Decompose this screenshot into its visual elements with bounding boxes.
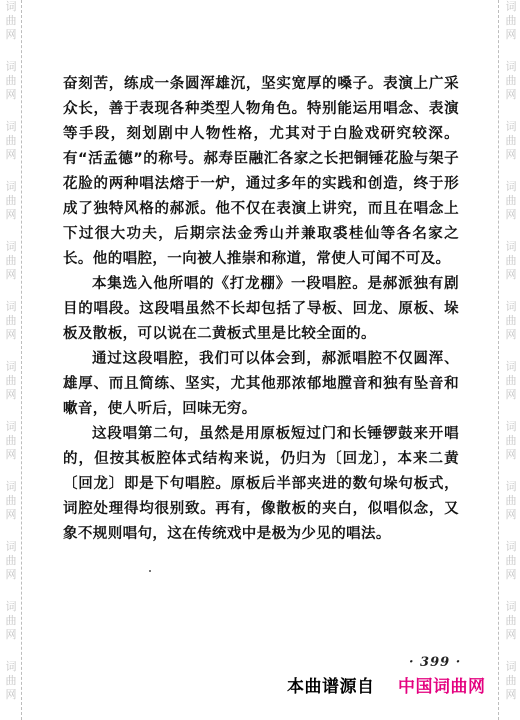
watermark-char: 词 [506,300,517,314]
watermark-group: 词曲网 [506,540,517,600]
watermark-char: 网 [506,28,517,42]
watermark-char: 词 [6,0,17,14]
watermark-char: 曲 [506,134,517,148]
watermark-group: 词曲网 [506,360,517,420]
watermark-char: 词 [6,420,17,434]
watermark-group: 词曲网 [6,60,17,120]
watermark-char: 网 [506,268,517,282]
watermark-char: 词 [506,60,517,74]
watermark-char: 网 [6,88,17,102]
watermark-char: 网 [506,508,517,522]
watermark-group: 词曲网 [506,180,517,240]
watermark-group: 词曲网 [6,600,17,660]
watermark-char: 词 [6,60,17,74]
watermark-char: 曲 [506,674,517,688]
watermark-char: 词 [6,480,17,494]
page-number: · 399 · [409,655,461,670]
watermark-group: 词曲网 [6,180,17,240]
watermark-group: 词曲网 [6,660,17,720]
right-margin-dashed-line [498,0,499,720]
watermark-char: 词 [506,0,517,14]
watermark-char: 词 [6,120,17,134]
watermark-char: 曲 [6,194,17,208]
watermark-char: 词 [6,540,17,554]
watermark-char: 词 [506,420,517,434]
watermark-char: 曲 [506,254,517,268]
watermark-group: 词曲网 [506,240,517,300]
watermark-char: 网 [506,448,517,462]
watermark-group: 词曲网 [6,300,17,360]
watermark-char: 曲 [506,314,517,328]
watermark-char: 词 [506,360,517,374]
watermark-char: 词 [506,180,517,194]
watermark-char: 词 [506,540,517,554]
watermark-char: 曲 [6,314,17,328]
watermark-char: 网 [6,568,17,582]
watermark-char: 词 [6,240,17,254]
watermark-group: 词曲网 [6,120,17,180]
watermark-group: 词曲网 [6,420,17,480]
watermark-group: 词曲网 [506,120,517,180]
right-watermark-column: 词曲网词曲网词曲网词曲网词曲网词曲网词曲网词曲网词曲网词曲网词曲网词曲网 [502,0,520,720]
watermark-char: 词 [6,180,17,194]
watermark-char: 网 [6,508,17,522]
watermark-group: 词曲网 [6,480,17,540]
watermark-char: 曲 [506,194,517,208]
watermark-char: 曲 [6,554,17,568]
watermark-char: 网 [6,208,17,222]
watermark-char: 词 [6,660,17,674]
scan-speck [149,570,151,572]
watermark-char: 网 [6,448,17,462]
watermark-char: 曲 [6,14,17,28]
watermark-char: 网 [6,268,17,282]
watermark-char: 曲 [6,494,17,508]
watermark-char: 词 [6,360,17,374]
watermark-group: 词曲网 [6,360,17,420]
watermark-char: 网 [6,28,17,42]
watermark-char: 网 [506,568,517,582]
watermark-char: 曲 [6,674,17,688]
paragraph-4: 这段唱第二句，虽然是用原板短过门和长锤锣鼓来开唱的，但按其板腔体式结构来说，仍归… [63,422,459,547]
paragraph-1: 奋刻苦，练成一条圆浑雄沉，坚实宽厚的嗓子。表演上广采众长，善于表现各种类型人物角… [63,72,459,272]
watermark-group: 词曲网 [6,240,17,300]
left-margin-dashed-line [21,0,22,720]
watermark-char: 网 [506,328,517,342]
watermark-group: 词曲网 [506,0,517,60]
watermark-group: 词曲网 [506,480,517,540]
watermark-group: 词曲网 [6,540,17,600]
watermark-group: 词曲网 [506,600,517,660]
watermark-char: 网 [6,328,17,342]
watermark-char: 曲 [506,494,517,508]
watermark-char: 网 [6,388,17,402]
paragraph-3: 通过这段唱腔，我们可以体会到，郝派唱腔不仅圆浑、雄厚、而且简练、坚实，尤其他那浓… [63,347,459,422]
watermark-char: 网 [506,208,517,222]
watermark-char: 词 [506,240,517,254]
watermark-char: 曲 [506,14,517,28]
watermark-char: 曲 [506,434,517,448]
watermark-char: 曲 [6,374,17,388]
watermark-char: 曲 [6,134,17,148]
watermark-char: 曲 [6,74,17,88]
watermark-char: 网 [506,388,517,402]
watermark-char: 曲 [506,554,517,568]
paragraph-2: 本集选入他所唱的《打龙棚》一段唱腔。是郝派独有剧目的唱段。这段唱虽然不长却包括了… [63,272,459,347]
watermark-group: 词曲网 [506,300,517,360]
watermark-char: 网 [6,628,17,642]
watermark-char: 网 [506,688,517,702]
footer-source-label: 本曲谱源自 [287,672,375,697]
watermark-char: 曲 [506,374,517,388]
watermark-char: 词 [6,300,17,314]
watermark-group: 词曲网 [506,660,517,720]
watermark-char: 词 [506,600,517,614]
watermark-char: 曲 [6,434,17,448]
watermark-char: 词 [506,480,517,494]
watermark-char: 词 [6,600,17,614]
watermark-char: 曲 [6,614,17,628]
watermark-char: 曲 [506,74,517,88]
footer-brand-link[interactable]: 中国词曲网 [398,672,486,697]
watermark-group: 词曲网 [506,420,517,480]
watermark-group: 词曲网 [6,0,17,60]
body-text: 奋刻苦，练成一条圆浑雄沉，坚实宽厚的嗓子。表演上广采众长，善于表现各种类型人物角… [63,72,459,547]
watermark-char: 网 [506,628,517,642]
watermark-group: 词曲网 [506,60,517,120]
left-watermark-column: 词曲网词曲网词曲网词曲网词曲网词曲网词曲网词曲网词曲网词曲网词曲网词曲网 [2,0,20,720]
watermark-char: 曲 [6,254,17,268]
watermark-char: 网 [506,88,517,102]
watermark-char: 词 [506,660,517,674]
watermark-char: 网 [506,148,517,162]
watermark-char: 网 [6,688,17,702]
watermark-char: 曲 [506,614,517,628]
watermark-char: 词 [506,120,517,134]
watermark-char: 网 [6,148,17,162]
